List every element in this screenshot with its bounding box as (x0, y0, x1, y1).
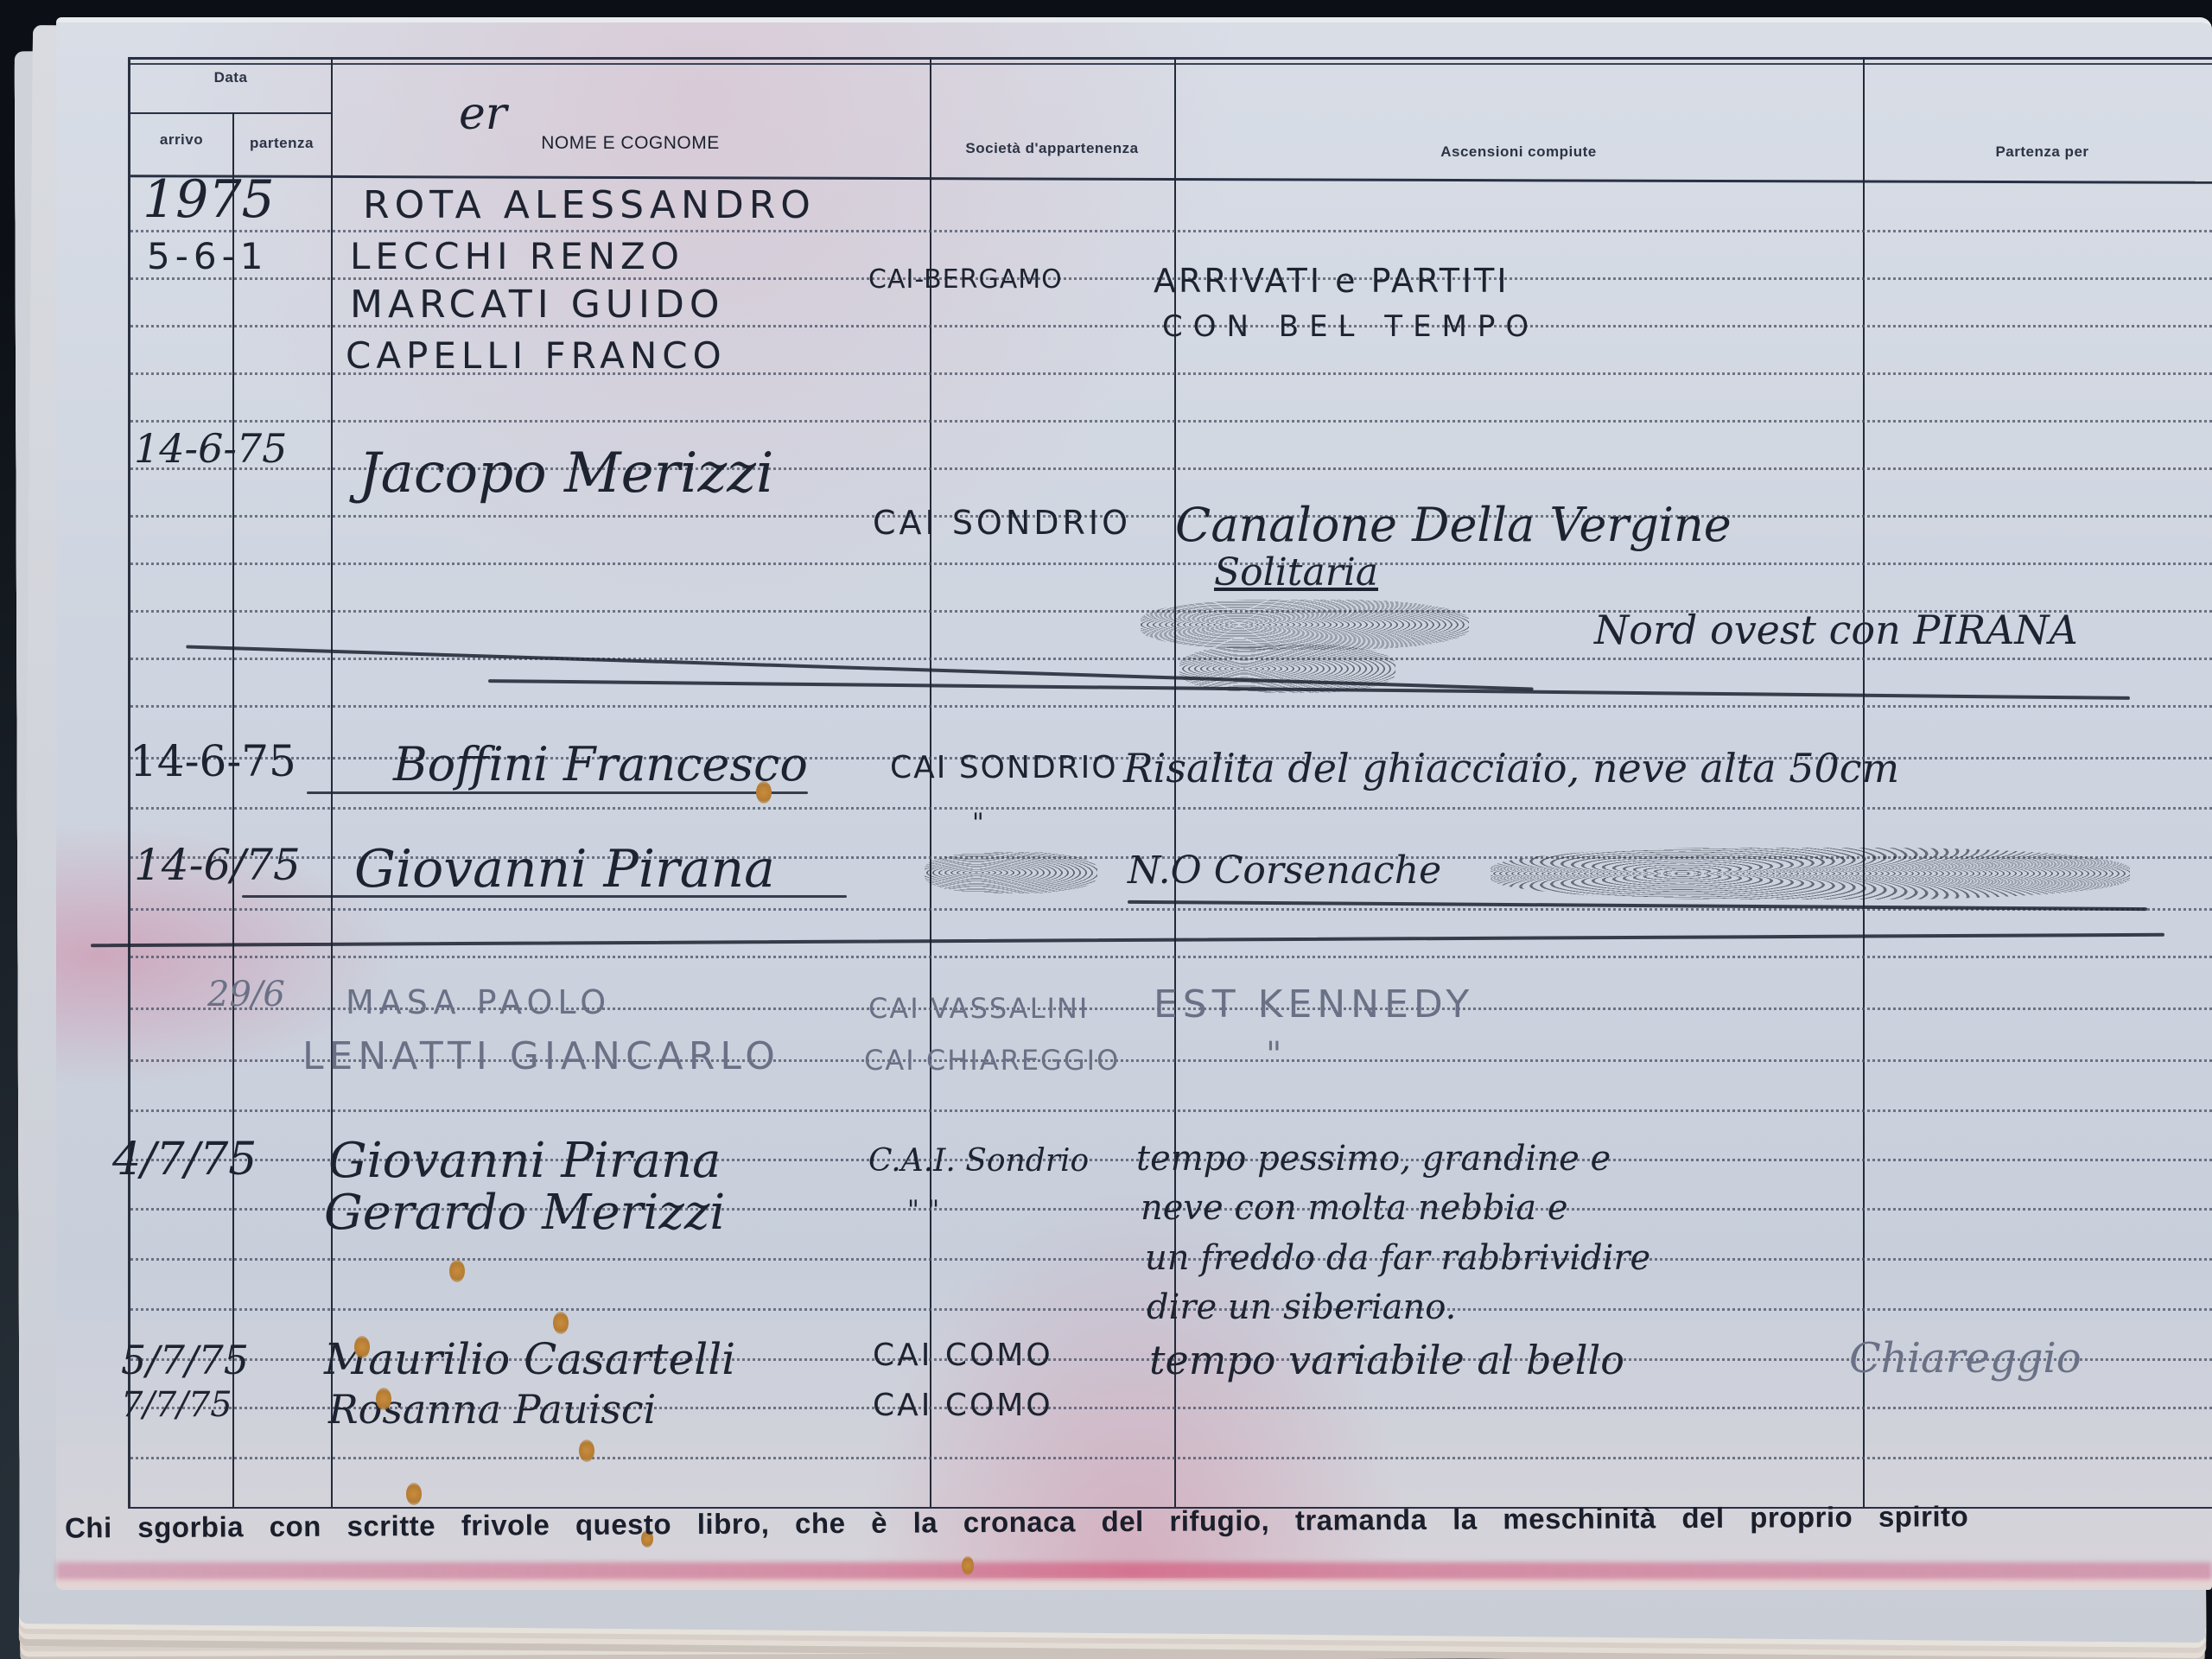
underline-stroke (307, 791, 808, 794)
logbook-page: Data arrivo partenza er NOME E COGNOME S… (56, 17, 2212, 1590)
header-departure: partenza (232, 135, 331, 152)
stain (406, 1483, 422, 1505)
header-ascents: Ascensioni compiute (1174, 143, 1863, 161)
entry-4-society: " (972, 810, 984, 836)
entry-2-society: CAI SONDRIO (873, 506, 1131, 539)
header-date: Data (130, 69, 331, 86)
stain (449, 1260, 465, 1282)
entry-6-date: 4/7/75 (112, 1137, 257, 1182)
entry-3-date: 14-6-75 (130, 740, 296, 783)
stain (579, 1440, 594, 1462)
entry-6-society-1: C.A.I. Sondrio (868, 1146, 1089, 1177)
entry-6-society-2: " " (907, 1198, 939, 1224)
ruled-line (130, 705, 2212, 708)
table-top-rule (130, 57, 2212, 60)
stain (553, 1312, 569, 1334)
entry-6-ascent-1: tempo pessimo, grandine e (1136, 1141, 1611, 1176)
entry-1-name-4: CAPELLI FRANCO (346, 338, 727, 374)
entry-7-society-1: CAI COMO (873, 1340, 1053, 1371)
ruled-line (130, 563, 2212, 565)
entry-3-name: Boffini Francesco (393, 741, 808, 788)
ruled-line (130, 515, 2212, 518)
header-name-annotation: er (459, 92, 507, 137)
entry-7-society-2: CAI COMO (873, 1390, 1053, 1421)
entry-7-departing-for: Chiareggio (1849, 1338, 2082, 1379)
entry-1-name-2: LECCHI RENZO (350, 238, 684, 275)
entry-6-ascent-3: un freddo da far rabbrividire (1145, 1241, 1650, 1275)
entry-2-ascent-3: Nord ovest con PIRANA (1594, 610, 2078, 650)
entry-7-ascent: tempo variabile al bello (1149, 1340, 1624, 1380)
entry-2-ascent-2: Solitaria (1214, 554, 1378, 592)
entry-1-date: 5-6-1 (147, 238, 268, 275)
entry-1-name-1: ROTA ALESSANDRO (363, 187, 816, 225)
ruled-line (130, 956, 2212, 958)
entry-4-date: 14-6/75 (134, 843, 301, 887)
scribbled-out-text (1179, 645, 1395, 693)
date-name-divider (331, 57, 333, 1509)
entry-2-name: Jacopo Merizzi (359, 446, 773, 501)
entry-5-date: 29/6 (207, 977, 285, 1012)
header-name: NOME E COGNOME (331, 133, 930, 154)
entry-4-name: Giovanni Pirana (354, 843, 775, 895)
entry-6-name-2: Gerardo Merizzi (324, 1189, 725, 1237)
entry-3-society: CAI SONDRIO (890, 753, 1118, 784)
scribbled-out-text (925, 852, 1097, 893)
entry-6-ascent-4: dire un siberiano. (1147, 1290, 1456, 1325)
stain (756, 781, 772, 804)
ruled-line (130, 658, 2212, 660)
header-departing-for: Partenza per (1863, 143, 2212, 161)
entry-7-name-1: Maurilio Casartelli (324, 1338, 735, 1381)
stain (962, 1556, 974, 1575)
entry-3-ascent: Risalita del ghiacciaio, neve alta 50cm (1123, 748, 1899, 788)
pink-stained-edge (56, 1562, 2212, 1580)
entry-5-society-1: CAI VASSALINI (868, 995, 1089, 1022)
ruled-line (130, 1457, 2212, 1459)
entry-6-name-1: Giovanni Pirana (328, 1137, 721, 1185)
entry-2-date: 14-6-75 (134, 429, 287, 468)
entry-6-ascent-2: neve con molta nebbia e (1141, 1191, 1568, 1225)
entry-1-year: 1975 (143, 174, 275, 226)
ruled-line (130, 1109, 2212, 1112)
stain (354, 1336, 370, 1358)
scribbled-out-text (1491, 848, 2130, 899)
entry-5-ascent-2: " (1266, 1038, 1281, 1072)
header-arrival: arrivo (130, 131, 232, 149)
strike-line (242, 895, 847, 898)
entry-7-date-departure: 7/7/75 (121, 1388, 232, 1422)
entry-4-ascent: N.O Corsenache (1128, 852, 1441, 890)
ruled-line (130, 230, 2212, 232)
date-subheader-rule (130, 112, 331, 114)
entry-5-society-2: CAI CHIAREGGIO (864, 1046, 1120, 1074)
entry-1-ascent-1: ARRIVATI e PARTITI (1154, 264, 1510, 297)
entry-1-ascent-2: CON BEL TEMPO (1162, 312, 1539, 341)
arrival-departure-divider (232, 112, 234, 1509)
entry-5-name-1: MASA PAOLO (346, 986, 611, 1019)
entry-7-date-arrival: 5/7/75 (121, 1340, 249, 1380)
entry-2-ascent-1: Canalone Della Vergine (1175, 502, 1732, 549)
entry-1-name-3: MARCATI GUIDO (350, 286, 724, 324)
entry-1-society: CAI-BERGAMO (868, 267, 1063, 293)
stain (376, 1388, 391, 1410)
ruled-line (130, 807, 2212, 810)
header-society: Società d'appartenenza (930, 140, 1174, 157)
scribbled-out-text (1141, 600, 1469, 650)
entry-5-ascent-1: EST KENNEDY (1154, 986, 1474, 1024)
ruled-line (130, 420, 2212, 423)
entry-5-name-2: LENATTI GIANCARLO (302, 1038, 780, 1076)
